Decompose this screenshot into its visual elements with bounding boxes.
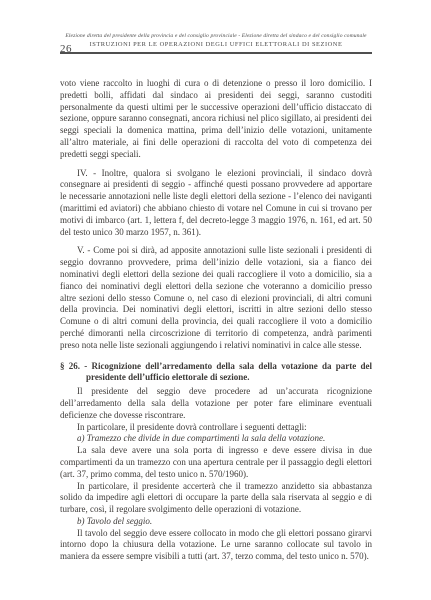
running-subtitle: ISTRUZIONI PER LE OPERAZIONI DEGLI UFFIC… xyxy=(60,41,372,49)
section-heading: § 26. - Ricognizione dell’arredamento de… xyxy=(60,361,372,385)
list-item-b: b) Tavolo del seggio. xyxy=(60,516,372,528)
page-body: voto viene raccolto in luoghi di cura o … xyxy=(60,78,372,563)
paragraph: La sala deve avere una sola porta di ing… xyxy=(60,445,372,480)
paragraph: In particolare, il presidente accerterà … xyxy=(60,481,372,516)
paragraph-continuation: voto viene raccolto in luoghi di cura o … xyxy=(60,78,372,161)
paragraph: Il tavolo del seggio deve essere colloca… xyxy=(60,528,372,563)
paragraph: In particolare, il presidente dovrà cont… xyxy=(60,422,372,434)
header-rule xyxy=(60,52,372,54)
document-page: 26 Elezione diretta del presidente della… xyxy=(0,0,431,600)
paragraph-iv: IV. - Inoltre, qualora si svolgano le el… xyxy=(60,168,372,239)
page-number: 26 xyxy=(60,43,72,55)
running-title: Elezione diretta del presidente della pr… xyxy=(60,33,372,40)
paragraph-v: V. - Come poi si dirà, ad apposite annot… xyxy=(60,245,372,351)
page-header: 26 Elezione diretta del presidente della… xyxy=(60,33,372,54)
list-item-a: a) Tramezzo che divide in due compartime… xyxy=(60,433,372,445)
paragraph: Il presidente del seggio deve procedere … xyxy=(60,386,372,421)
